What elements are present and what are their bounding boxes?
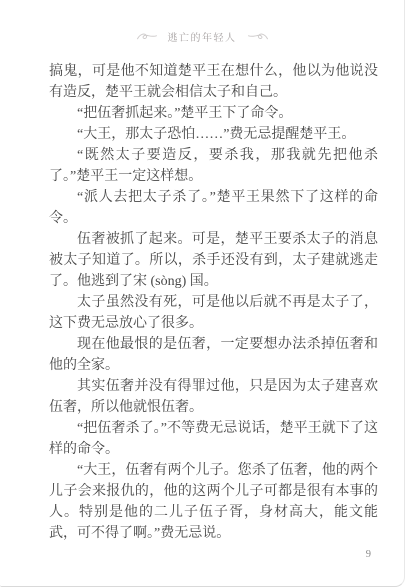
paragraph: 其实伍奢并没有得罪过他，只是因为太子建喜欢伍奢，所以他就恨伍奢。 — [49, 376, 378, 418]
paragraph: “把伍奢抓起来。”楚平王下了命令。 — [49, 103, 378, 124]
paragraph: “把伍奢杀了。”不等费无忌说话，楚平王就下了这样的命令。 — [49, 418, 378, 460]
paragraph: “派人去把太子杀了。”楚平王果然下了这样的命令。 — [49, 187, 378, 229]
body-text: 搞鬼，可是他不知道楚平王在想什么，他以为他说没有造反，楚平王就会相信太子和自己。… — [0, 61, 404, 544]
book-page: 逃亡的年轻人 搞鬼，可是他不知道楚平王在想什么，他以为他说没有造反，楚平王就会相… — [0, 0, 405, 587]
book-title: 逃亡的年轻人 — [168, 29, 237, 44]
paragraph: “既然太子要造反，要杀我，那我就先把他杀了。”楚平王一定这样想。 — [49, 145, 378, 187]
paragraph: 现在他最恨的是伍奢，一定要想办法杀掉伍奢和他的全家。 — [49, 334, 378, 376]
flourish-right-icon — [247, 32, 269, 41]
paragraph: 伍奢被抓了起来。可是，楚平王要杀太子的消息被太子知道了。所以，杀手还没有到，太子… — [49, 229, 378, 292]
paragraph: 太子虽然没有死，可是他以后就不再是太子了，这下费无忌放心了很多。 — [49, 292, 378, 334]
flourish-left-icon — [136, 32, 158, 41]
page-header: 逃亡的年轻人 — [0, 27, 404, 45]
paragraph: “大王，伍奢有两个儿子。您杀了伍奢，他的两个儿子会来报仇的，他的这两个儿子可都是… — [49, 460, 378, 544]
page-number: 9 — [366, 549, 371, 560]
paragraph: “大王，那太子恐怕……”费无忌提醒楚平王。 — [49, 124, 378, 145]
paragraph: 搞鬼，可是他不知道楚平王在想什么，他以为他说没有造反，楚平王就会相信太子和自己。 — [49, 61, 378, 103]
